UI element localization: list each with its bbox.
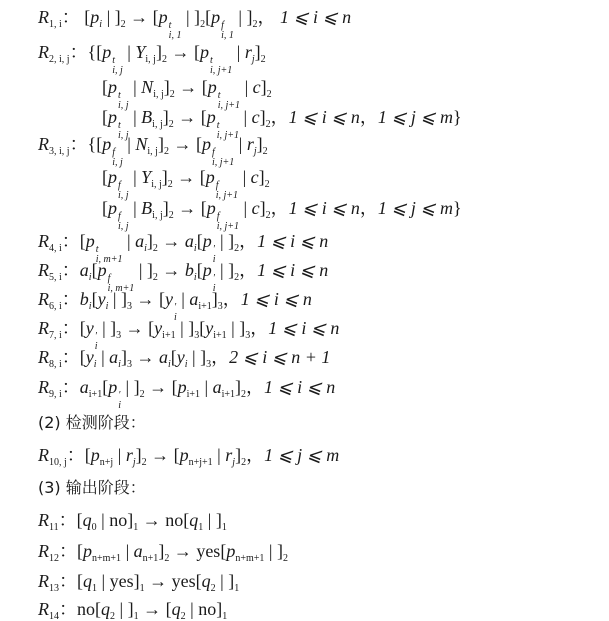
rule-r3-line2: [pfi, j | Yi, j]2 → [pfi, j+1 | c]2	[102, 166, 270, 201]
rule-r3-line3: [pfi, j | Bi, j]2 → [pfi, j+1 | c]2，1 ⩽ …	[102, 197, 462, 232]
rule-r11: R11：[q0 | no]1 → no[q1 | ]1	[38, 509, 227, 531]
rule-r13: R13：[q1 | yes]1 → yes[q2 | ]1	[38, 570, 239, 592]
rule-r1: R1, i： [pi | ]2 → [pti, 1 | ]2[pfi, 1 | …	[38, 6, 351, 41]
rule-r14: R14：no[q2 | ]1 → [q2 | no]1	[38, 598, 227, 620]
section-heading-output: (3) 输出阶段：	[38, 477, 146, 499]
rule-r8: R8, i：[yi | ai]3 → ai[yi | ]3，2 ⩽ i ⩽ n …	[38, 346, 330, 368]
formula-page: R1, i： [pi | ]2 → [pti, 1 | ]2[pfi, 1 | …	[0, 0, 609, 621]
rule-r3: R3, i, j：{[pfi, j | Ni, j]2 → [pfi, j+1 …	[38, 133, 268, 168]
section-heading-detection: (2) 检测阶段：	[38, 412, 146, 434]
rule-r10: R10, j：[pn+j | rj]2 → [pn+j+1 | rj]2，1 ⩽…	[38, 444, 339, 466]
rule-r2: R2, i, j：{[pti, j | Yi, j]2 → [pti, j+1 …	[38, 41, 266, 76]
rule-r12: R12：[pn+m+1 | an+1]2 → yes[pn+m+1 | ]2	[38, 540, 288, 562]
rule-r9: R9, i：ai+1[p′i | ]2 → [pi+1 | ai+1]2，1 ⩽…	[38, 376, 335, 411]
